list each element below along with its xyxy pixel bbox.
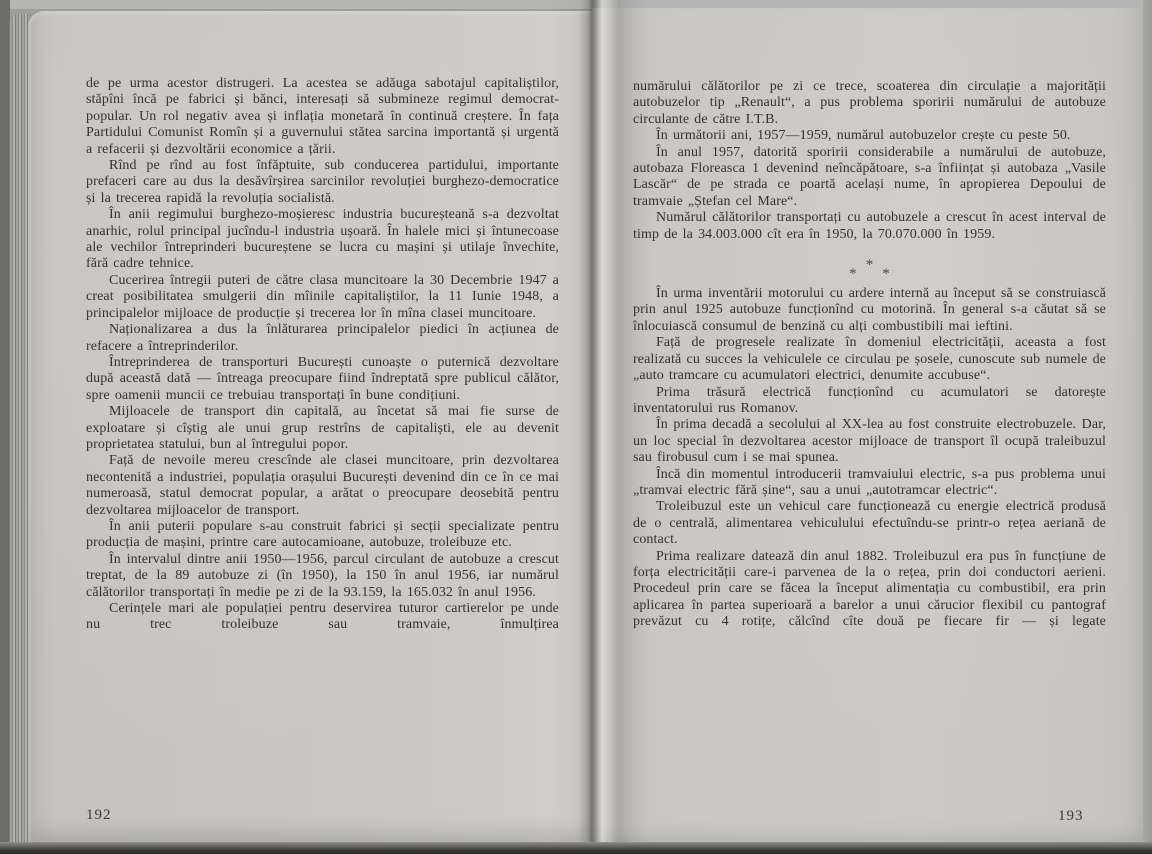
page-number-left: 192 [86,807,112,824]
page-number-right: 193 [1058,808,1084,825]
paragraph: În anul 1957, datorită sporirii consider… [633,145,1106,211]
paragraph: Rînd pe rînd au fost înfăptuite, sub con… [86,158,559,207]
right-page: numărului călătorilor pe zi ce trece, sc… [592,8,1143,848]
left-page: de pe urma acestor distrugeri. La aceste… [28,11,592,846]
asterisk: * [849,267,857,282]
asterisk: * [882,267,890,282]
paragraph: Cerințele mari ale populației pentru des… [86,601,559,634]
paragraph: Mijloacele de transport din capitală, au… [86,404,559,453]
scanner-margin-right [1143,0,1152,854]
left-page-text: de pe urma acestor distrugeri. La aceste… [86,76,559,634]
paragraph: Troleibuzul este un vehicul care funcțio… [633,499,1106,548]
paragraph: Încă din momentul introducerii tramvaiul… [633,467,1106,500]
paragraph: numărului călătorilor pe zi ce trece, sc… [633,79,1106,128]
paragraph: În intervalul dintre anii 1950—1956, par… [86,552,559,601]
paragraph: Prima trăsură electrică funcționînd cu a… [633,385,1106,418]
paragraph: Față de progresele realizate în domeniul… [633,335,1106,384]
paragraph: În anii puterii populare s-au construit … [86,519,559,552]
right-page-text: numărului călătorilor pe zi ce trece, sc… [633,79,1106,631]
paragraph: În urma inventării motorului cu ardere i… [633,286,1106,335]
scanner-margin-bottom [0,842,1152,854]
paragraph: În anii regimului burghezo-moșieresc ind… [86,207,559,273]
paragraph: Față de nevoile mereu crescînde ale clas… [86,453,559,519]
paragraph: Întreprinderea de transporturi București… [86,355,559,404]
paragraph: Cucerirea întregii puteri de către clasa… [86,273,559,322]
section-separator: * * * [633,246,1106,282]
paragraph: de pe urma acestor distrugeri. La aceste… [86,76,559,158]
paragraph: În următorii ani, 1957—1959, numărul aut… [633,128,1106,144]
paragraph: Numărul călătorilor transportați cu auto… [633,210,1106,243]
asterisk: * [866,258,874,273]
book-scan: de pe urma acestor distrugeri. La aceste… [0,0,1152,854]
paragraph: Naționalizarea a dus la înlăturarea prin… [86,322,559,355]
paragraph: În prima decadă a secolului al XX-lea au… [633,417,1106,466]
paragraph: Prima realizare datează din anul 1882. T… [633,549,1106,631]
